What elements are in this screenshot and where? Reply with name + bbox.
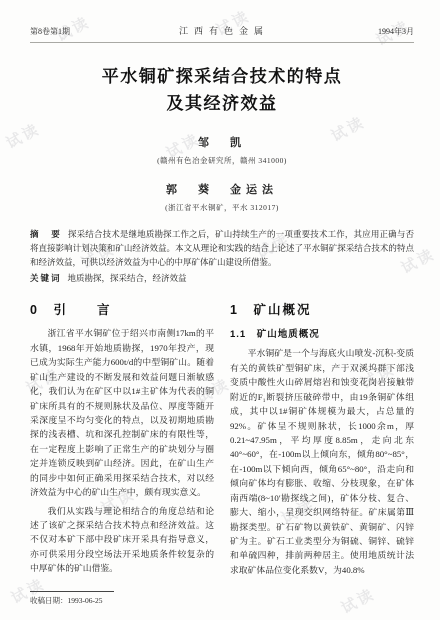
right-column: 1 矿山概况 1.1 矿山地质概况 平水铜矿是一个与海底火山喷发-沉积-变质有关… (230, 298, 414, 616)
article-title-line2: 及其经济效益 (167, 94, 278, 113)
journal-name: 江西有色金属 (179, 24, 269, 37)
article-title: 平水铜矿探采结合技术的特点 及其经济效益 (30, 63, 414, 117)
section-heading-1-1: 1.1 矿山地质概况 (230, 326, 414, 340)
keywords-text: 地质勘探，探采结合，经济效益 (68, 273, 187, 283)
abstract-paragraph: 摘 要探采结合技术是继地质勘探工作之后，矿山持续生产的一项重要技术工作，其应用正… (30, 228, 414, 269)
section-heading-1: 1 矿山概况 (230, 300, 414, 318)
abstract-block: 摘 要探采结合技术是继地质勘探工作之后，矿山持续生产的一项重要技术工作，其应用正… (30, 228, 414, 285)
abstract-text: 探采结合技术是继地质勘探工作之后，矿山持续生产的一项重要技术工作，其应用正确与否… (30, 229, 414, 267)
author-block: 邹 凯 (赣州有色冶金研究所，赣州 341000) 郭 葵 金运法 (浙江省平水… (30, 134, 414, 213)
author-names-2: 郭 葵 金运法 (30, 181, 414, 197)
section-heading-intro: 0 引 言 (30, 300, 214, 318)
journal-issue: 第8卷第1期 (30, 26, 70, 37)
article-title-line1: 平水铜矿探采结合技术的特点 (102, 67, 343, 86)
footnote-rule (30, 591, 114, 592)
left-column: 0 引 言 浙江省平水铜矿位于绍兴市南侧17km的平水镇，1968年开始地质勘探… (30, 298, 214, 616)
intro-paragraph-2: 我们从实践与理论相结合的角度总结和论述了该矿之探采结合技术特点和经济效益。这不仅… (30, 504, 214, 576)
received-date-text: 收稿日期：1993-06-25 (30, 596, 103, 605)
journal-date: 1994年3月 (378, 26, 414, 37)
abstract-label: 摘 要 (30, 229, 62, 239)
intro-paragraph-1: 浙江省平水铜矿位于绍兴市南侧17km的平水镇，1968年开始地质勘探，1970年… (30, 326, 214, 499)
keywords-line: 关键词地质勘探，探采结合，经济效益 (30, 272, 414, 286)
journal-header: 第8卷第1期 江西有色金属 1994年3月 (30, 24, 414, 43)
geology-paragraph: 平水铜矿是一个与海底火山喷发-沉积-变质有关的黄铁矿型铜矿床，产于双溪坞群下部浅… (230, 346, 414, 577)
author-affiliation-1: (赣州有色冶金研究所，赣州 341000) (30, 155, 414, 166)
keywords-label: 关键词 (30, 273, 62, 283)
two-column-body: 0 引 言 浙江省平水铜矿位于绍兴市南侧17km的平水镇，1968年开始地质勘探… (30, 298, 414, 616)
author-names-1: 邹 凯 (30, 134, 414, 150)
author-affiliation-2: (浙江省平水铜矿，平水 312017) (30, 202, 414, 213)
document-page: 试读 试读 试读 试读 试读 试读 试读 试读 试读 试读 试读 试读 试读 试… (0, 0, 440, 620)
received-date-footnote: 收稿日期：1993-06-25 (30, 591, 214, 616)
